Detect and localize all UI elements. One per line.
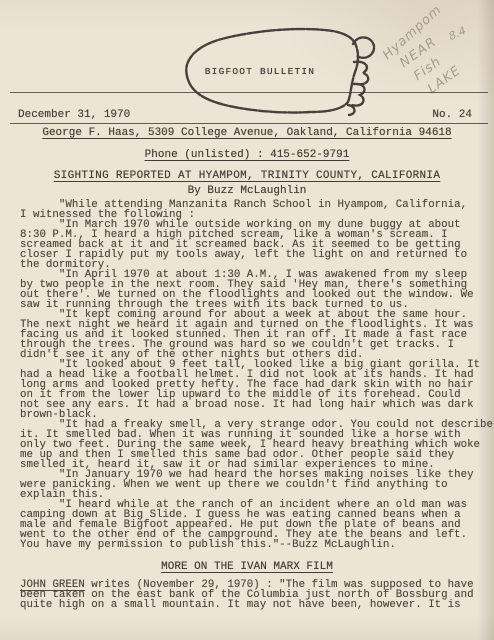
publisher-address: George F. Haas, 5309 College Avenue, Oak…: [42, 127, 451, 139]
issue-date: December 31, 1970: [18, 109, 130, 121]
article1-title: SIGHTING REPORTED AT HYAMPOM, TRINITY CO…: [54, 170, 440, 182]
bulletin-page: BIGFOOT BULLETIN Hyampom 8.4 NEAR Fish L…: [0, 0, 494, 640]
article1-heading: SIGHTING REPORTED AT HYAMPOM, TRINITY CO…: [0, 170, 494, 182]
address-line: George F. Haas, 5309 College Avenue, Oak…: [0, 127, 494, 139]
article2-text: writes (November 29, 1970) : "The film w…: [20, 579, 474, 611]
article2-title: MORE ON THE IVAN MARX FILM: [161, 561, 333, 573]
article2-body: JOHN GREEN writes (November 29, 1970) : …: [20, 580, 474, 610]
publisher-phone: Phone (unlisted) : 415-652-9791: [145, 149, 350, 161]
article1-body: "While attending Manzanita Ranch School …: [20, 200, 493, 550]
phone-line: Phone (unlisted) : 415-652-9791: [0, 149, 494, 161]
date-row: December 31, 1970 No. 24: [10, 103, 488, 124]
logo-title: BIGFOOT BULLETIN: [170, 66, 350, 77]
handwritten-note-number: 8.4: [447, 24, 468, 43]
article1-byline: By Buzz McLaughlin: [0, 185, 494, 197]
article2-heading: MORE ON THE IVAN MARX FILM: [0, 561, 494, 573]
issue-number: No. 24: [432, 109, 472, 121]
top-rule: [10, 92, 488, 93]
